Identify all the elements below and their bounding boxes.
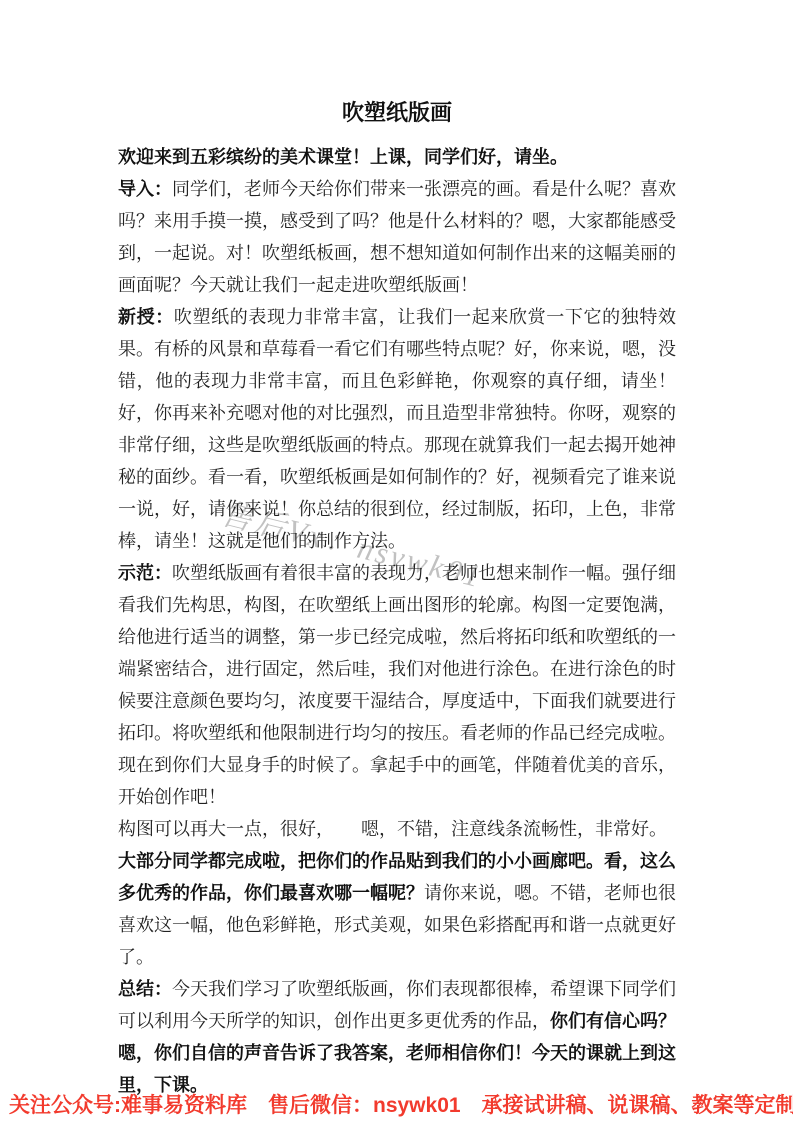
page-title: 吹塑纸版画 bbox=[118, 99, 676, 127]
section-text-daoru: 同学们，老师今天给你们带来一张漂亮的画。看是什么呢？喜欢吗？来用手摸一摸，感受到… bbox=[118, 179, 676, 295]
section-label-daoru: 导入： bbox=[118, 179, 172, 199]
section-text-xinshou: 吹塑纸的表现力非常丰富，让我们一起来欣赏一下它的独特效果。有桥的风景和草莓看一看… bbox=[118, 307, 676, 551]
paragraph-interlude: 构图可以再大一点，很好， 嗯，不错，注意线条流畅性，非常好。 bbox=[118, 813, 676, 845]
document-page: 售后Vx：nsywk01 吹塑纸版画 欢迎来到五彩缤纷的美术课堂！上课，同学们好… bbox=[0, 0, 793, 1122]
section-text-shifan: 吹塑纸版画有着很丰富的表现力，老师也想来制作一幅。强仔细看我们先构思，构图，在吹… bbox=[118, 563, 676, 807]
section-label-xinshou: 新授： bbox=[118, 307, 174, 327]
paragraph-daoru: 导入：同学们，老师今天给你们带来一张漂亮的画。看是什么呢？喜欢吗？来用手摸一摸，… bbox=[118, 173, 676, 301]
document-content: 吹塑纸版画 欢迎来到五彩缤纷的美术课堂！上课，同学们好，请坐。 导入：同学们，老… bbox=[118, 99, 676, 1101]
footer-banner: 关注公众号:难事易资料库 售后微信：nsywk01 承接试讲稿、说课稿、教案等定… bbox=[9, 1094, 789, 1118]
paragraph-xinshou: 新授：吹塑纸的表现力非常丰富，让我们一起来欣赏一下它的独特效果。有桥的风景和草莓… bbox=[118, 301, 676, 557]
section-label-zongjie: 总结： bbox=[118, 979, 172, 999]
section-label-shifan: 示范： bbox=[118, 563, 172, 583]
paragraph-welcome: 欢迎来到五彩缤纷的美术课堂！上课，同学们好，请坐。 bbox=[118, 141, 676, 173]
paragraph-gallery: 大部分同学都完成啦，把你们的作品贴到我们的小小画廊吧。看，这么多优秀的作品，你们… bbox=[118, 845, 676, 973]
paragraph-zongjie: 总结：今天我们学习了吹塑纸版画，你们表现都很棒，希望课下同学们可以利用今天所学的… bbox=[118, 973, 676, 1101]
paragraph-shifan: 示范：吹塑纸版画有着很丰富的表现力，老师也想来制作一幅。强仔细看我们先构思，构图… bbox=[118, 557, 676, 813]
